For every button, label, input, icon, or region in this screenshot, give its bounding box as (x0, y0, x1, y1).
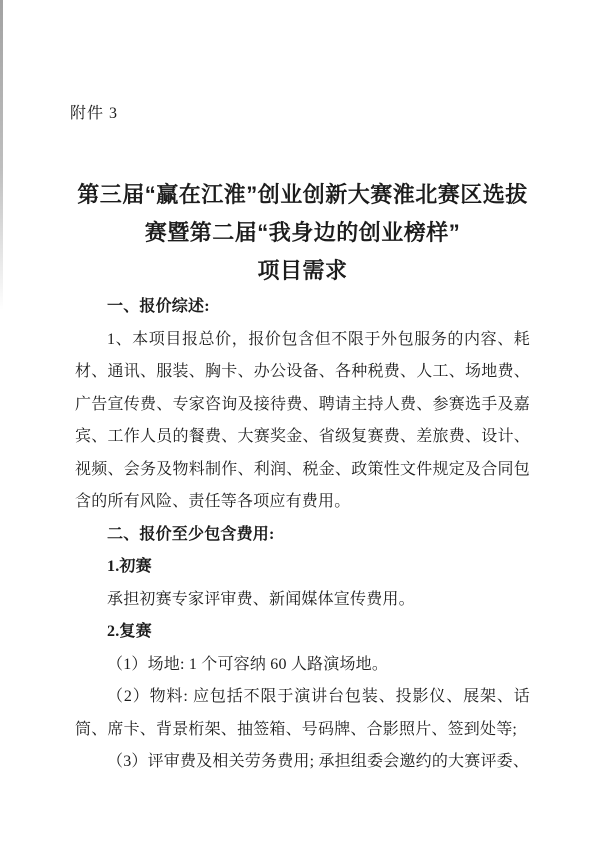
attachment-label: 附件 3 (70, 104, 530, 124)
preliminary-round-heading: 1.初赛 (75, 551, 530, 584)
page-content: 附件 3 第三届“赢在江淮”创业创新大赛淮北赛区选拔 赛暨第二届“我身边的创业榜… (0, 0, 600, 779)
pricing-overview-paragraph: 1、本项目报总价，报价包含但不限于外包服务的内容、耗材、通讯、服装、胸卡、办公设… (75, 324, 530, 519)
document-page: 附件 3 第三届“赢在江淮”创业创新大赛淮北赛区选拔 赛暨第二届“我身边的创业榜… (0, 0, 600, 848)
document-title-line-3: 项目需求 (75, 252, 530, 290)
preliminary-round-paragraph: 承担初赛专家评审费、新闻媒体宣传费用。 (75, 584, 530, 617)
section-1-heading: 一、报价综述: (75, 291, 530, 324)
document-body: 一、报价综述: 1、本项目报总价，报价包含但不限于外包服务的内容、耗材、通讯、服… (75, 291, 530, 779)
judges-fee-paragraph: （3）评审费及相关劳务费用; 承担组委会邀约的大赛评委、 (75, 746, 530, 779)
materials-paragraph: （2）物料: 应包括不限于演讲台包装、投影仪、展架、话筒、席卡、背景桁架、抽签箱… (75, 681, 530, 746)
semifinal-round-heading: 2.复赛 (75, 616, 530, 649)
document-title: 第三届“赢在江淮”创业创新大赛淮北赛区选拔 赛暨第二届“我身边的创业榜样” 项目… (75, 176, 530, 290)
scan-edge-artifact (0, 0, 3, 310)
document-title-line-1: 第三届“赢在江淮”创业创新大赛淮北赛区选拔 (75, 176, 530, 214)
section-2-heading: 二、报价至少包含费用: (75, 519, 530, 552)
document-title-line-2: 赛暨第二届“我身边的创业榜样” (75, 214, 530, 252)
venue-paragraph: （1）场地: 1 个可容纳 60 人路演场地。 (75, 649, 530, 682)
